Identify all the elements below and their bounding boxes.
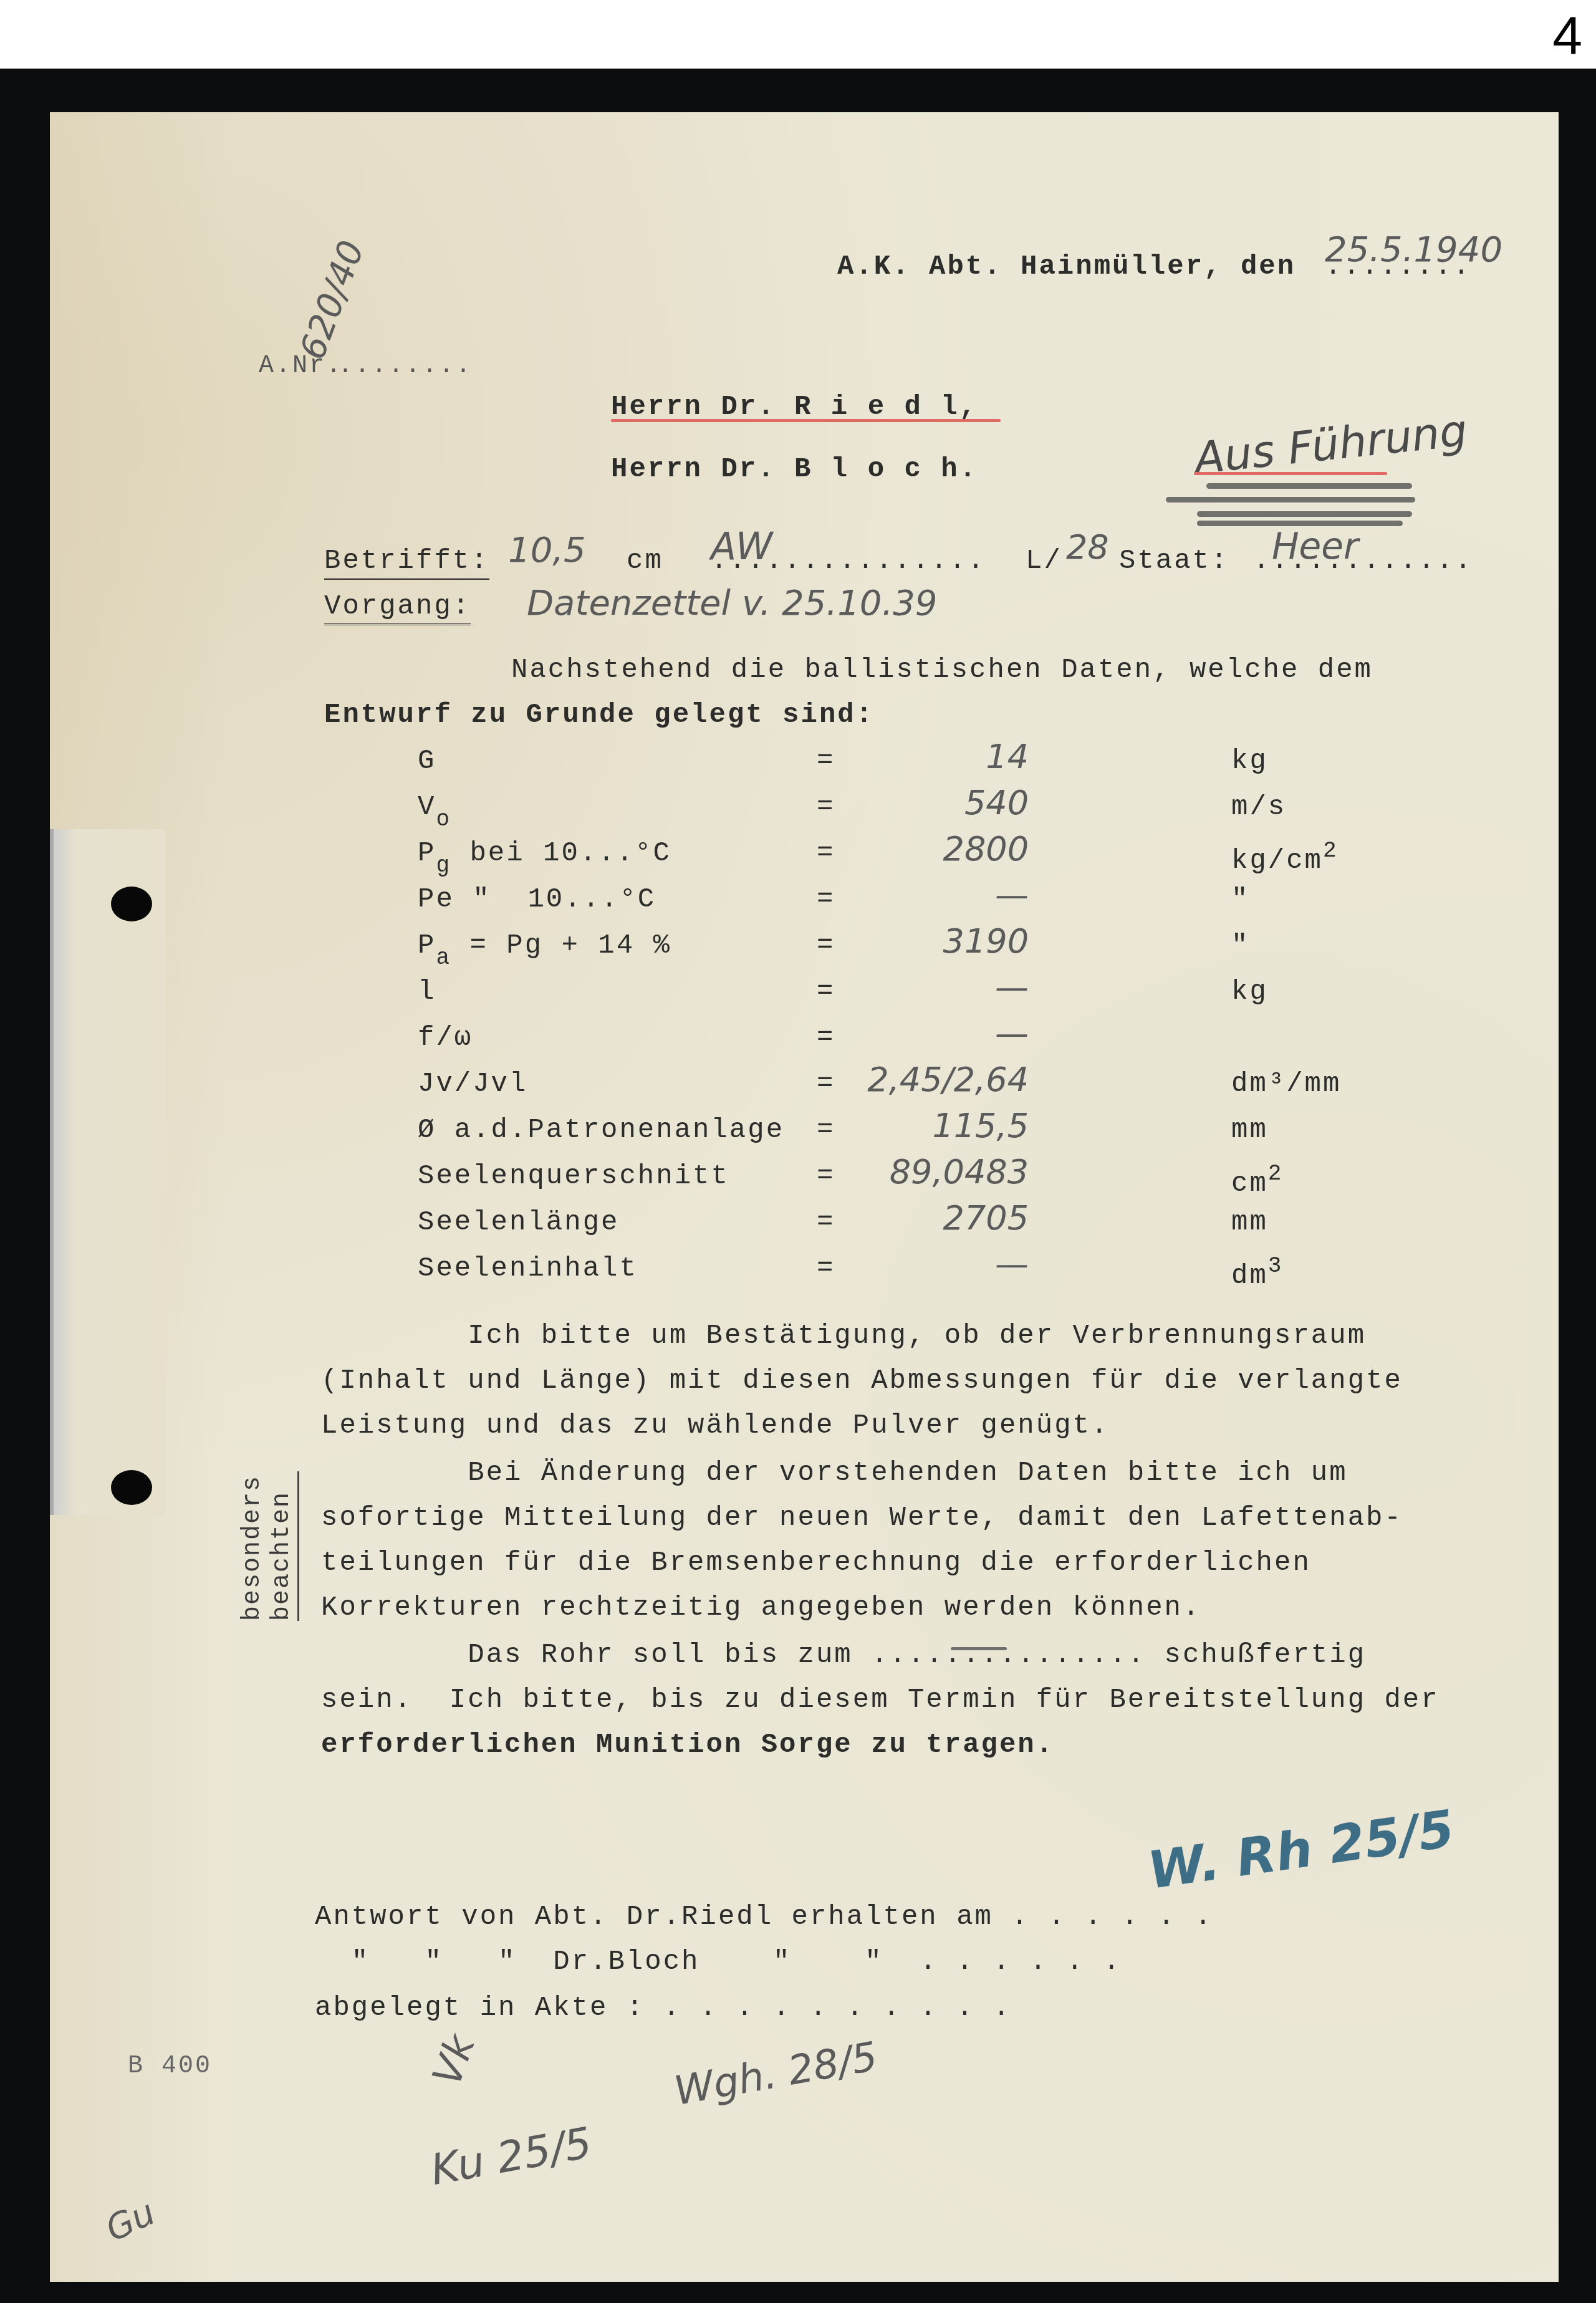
table-row: Vo = 540 m/s — [418, 792, 1415, 838]
table-row: Pa = Pg + 14 % = 3190 " — [418, 930, 1415, 976]
table-row: G = 14 kg — [418, 746, 1415, 792]
table-row: l = — kg — [418, 976, 1415, 1022]
para1-line-1: Ich bitte um Bestätigung, ob der Verbren… — [321, 1320, 1366, 1352]
pencil-stroke — [1197, 511, 1412, 517]
date-handwritten: 25.5.1940 — [1325, 229, 1502, 270]
recipient-riedl: Herrn Dr. R i e d l, — [611, 392, 978, 423]
sender-line: A.K. Abt. Hainmüller, den — [837, 251, 1296, 282]
row-unit: cm — [1231, 1168, 1268, 1200]
equals-sign: = — [817, 1115, 835, 1146]
row-value: — — [995, 968, 1029, 1007]
punch-hole-icon — [111, 887, 152, 921]
row-value: 14 — [986, 737, 1029, 776]
equals-sign: = — [817, 1022, 835, 1054]
row-label: Seelenlänge — [418, 1207, 619, 1238]
intro-line-2: Entwurf zu Grunde gelegt sind: — [324, 700, 874, 731]
pencil-stroke — [951, 1647, 1007, 1650]
para1-line-3: Leistung und das zu wählende Pulver genü… — [321, 1410, 1109, 1441]
equals-sign: = — [817, 884, 835, 915]
table-row: Pe " 10...°C = — " — [418, 884, 1415, 930]
para3-line-3: erforderlichen Munition Sorge zu tragen. — [321, 1729, 1054, 1761]
row-label: P — [418, 930, 436, 961]
type-handwritten: AW — [711, 525, 772, 569]
row-value: 2,45/2,64 — [867, 1060, 1029, 1099]
equals-sign: = — [817, 976, 835, 1007]
para2-line-3: teilungen für die Bremsenberechnung die … — [321, 1547, 1311, 1579]
margin-note-line-1: besonders — [239, 1475, 267, 1621]
unit-superscript: 2 — [1323, 838, 1339, 863]
row-unit: kg/cm — [1231, 845, 1323, 877]
table-row: Seelenlänge = 2705 mm — [418, 1207, 1415, 1253]
table-row: Seeleninhalt = — dm3 — [418, 1253, 1415, 1299]
row-value: 2705 — [943, 1198, 1029, 1238]
footer-line-2: " " " Dr.Bloch " " . . . . . . — [315, 1946, 1122, 1978]
subject-label: Betrifft: — [324, 546, 489, 580]
margin-note-bar — [297, 1471, 299, 1621]
footer-line-1: Antwort von Abt. Dr.Riedl erhalten am . … — [315, 1902, 1213, 1933]
reference-label: Vorgang: — [324, 591, 471, 625]
row-label: l — [418, 976, 436, 1007]
row-unit: kg — [1231, 746, 1268, 777]
row-label: P — [418, 838, 436, 869]
para2-line-4: Korrekturen rechtzeitig angegeben werden… — [321, 1592, 1201, 1623]
row-unit: kg — [1231, 976, 1268, 1007]
page-number: 4 — [1552, 9, 1582, 62]
row-label: Seeleninhalt — [418, 1253, 638, 1284]
row-value: 540 — [964, 783, 1029, 822]
table-row: Seelenquerschnitt = 89,0483 cm2 — [418, 1161, 1415, 1207]
row-unit: dm³/mm — [1231, 1069, 1341, 1100]
row-value: — — [995, 1244, 1029, 1284]
row-label-suffix: bei 10...°C — [451, 838, 671, 869]
form-code: B 400 — [128, 2052, 212, 2080]
row-label-subscript: g — [436, 853, 451, 878]
binding-margin — [50, 829, 166, 1515]
equals-sign: = — [817, 1207, 835, 1238]
row-label-suffix: " 10...°C — [454, 884, 656, 915]
para2-line-2: sofortige Mitteilung der neuen Werte, da… — [321, 1502, 1403, 1534]
row-value: 115,5 — [932, 1106, 1029, 1145]
row-label: Ø a.d.Patronenanlage — [418, 1115, 784, 1146]
red-underline — [611, 419, 1001, 422]
row-unit: " — [1231, 884, 1249, 915]
table-row: Jv/Jvl = 2,45/2,64 dm³/mm — [418, 1069, 1415, 1115]
row-label: f/ω — [418, 1022, 473, 1054]
unit-superscript: 2 — [1268, 1161, 1284, 1186]
row-label-suffix: = Pg + 14 % — [451, 930, 671, 961]
row-value: 2800 — [943, 829, 1029, 868]
row-value: 3190 — [943, 921, 1029, 961]
row-value: 89,0483 — [890, 1152, 1029, 1191]
pencil-stroke — [1166, 497, 1415, 502]
table-row: Pg bei 10...°C = 2800 kg/cm2 — [418, 838, 1415, 884]
punch-hole-icon — [111, 1470, 152, 1505]
row-label-subscript: o — [436, 807, 451, 832]
file-number-dots: ........ — [338, 352, 473, 380]
footer-line-3: abgelegt in Akte : . . . . . . . . . . — [315, 1993, 1011, 2024]
caliber-unit: cm — [627, 546, 663, 577]
unit-superscript: 3 — [1268, 1253, 1284, 1279]
row-label: G — [418, 746, 436, 777]
state-handwritten: Heer — [1272, 525, 1358, 567]
row-unit: mm — [1231, 1115, 1268, 1146]
row-unit: mm — [1231, 1207, 1268, 1238]
length-handwritten: 28 — [1066, 527, 1109, 567]
red-underline — [1194, 472, 1387, 475]
row-label: Seelenquerschnitt — [418, 1161, 729, 1192]
row-value: — — [995, 1014, 1029, 1053]
equals-sign: = — [817, 1161, 835, 1192]
state-label: Staat: — [1119, 546, 1229, 577]
para1-line-2: (Inhalt und Länge) mit diesen Abmessunge… — [321, 1365, 1403, 1397]
equals-sign: = — [817, 792, 835, 823]
length-prefix: L/ — [1026, 546, 1062, 577]
row-value: — — [995, 875, 1029, 915]
recipient-bloch: Herrn Dr. B l o c h. — [611, 454, 978, 485]
equals-sign: = — [817, 838, 835, 869]
row-label: Jv/Jvl — [418, 1069, 527, 1100]
row-label: Pe — [418, 884, 454, 915]
equals-sign: = — [817, 930, 835, 961]
margin-note-line-2: beachten — [268, 1491, 296, 1621]
row-label: V — [418, 792, 436, 823]
pencil-stroke — [1206, 483, 1412, 489]
row-unit: dm — [1231, 1261, 1268, 1292]
row-unit: m/s — [1231, 792, 1286, 823]
equals-sign: = — [817, 1253, 835, 1284]
para3-line-1: Das Rohr soll bis zum ............... sc… — [321, 1640, 1366, 1671]
equals-sign: = — [817, 1069, 835, 1100]
intro-line-1: Nachstehend die ballistischen Daten, wel… — [511, 655, 1373, 686]
equals-sign: = — [817, 746, 835, 777]
row-unit: " — [1231, 930, 1249, 961]
caliber-handwritten: 10,5 — [508, 530, 586, 570]
para3-line-2: sein. Ich bitte, bis zu diesem Termin fü… — [321, 1685, 1440, 1716]
para2-line-1: Bei Änderung der vorstehenden Daten bitt… — [321, 1458, 1348, 1489]
row-label-subscript: a — [436, 945, 451, 971]
reference-handwritten: Datenzettel v. 25.10.39 — [527, 583, 937, 623]
